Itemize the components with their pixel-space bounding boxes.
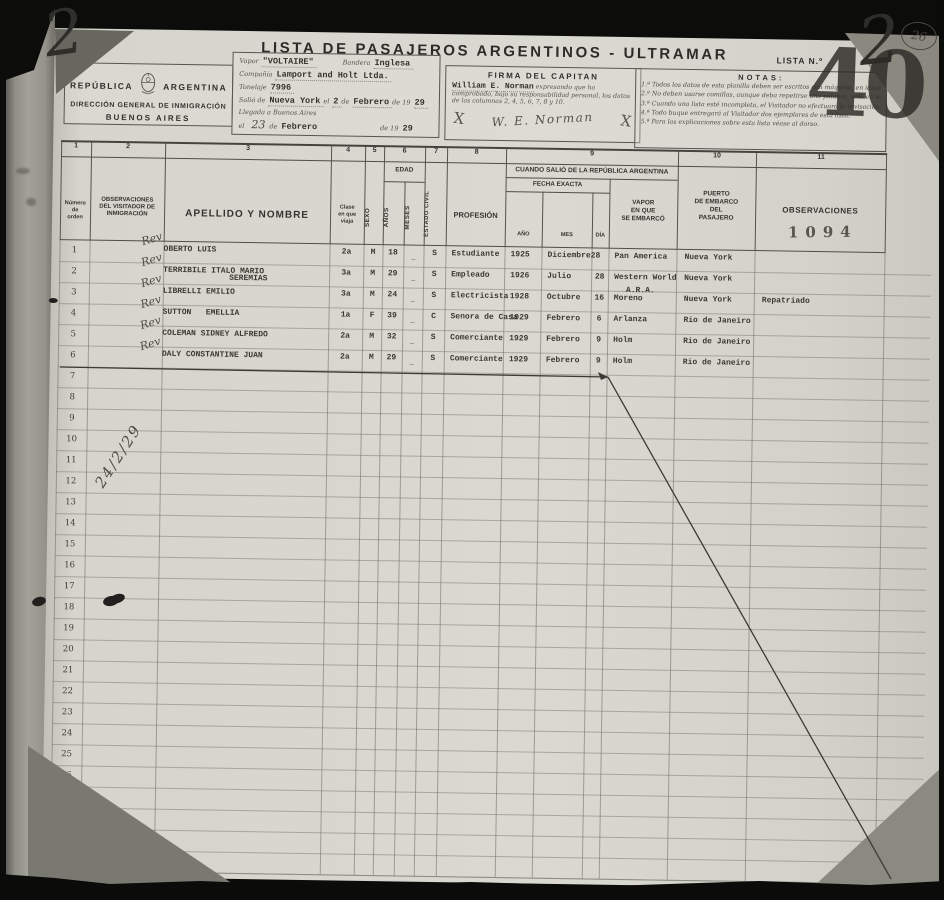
cell-estado: S [422,354,444,363]
ink-blot [49,298,58,303]
column-number: 5 [365,147,384,161]
header-meses: MESES [404,194,425,242]
cell-sexo: F [362,311,381,320]
cell-meses: _ [402,337,422,345]
cell-num: 29 [50,833,80,843]
cell-estado: C [422,312,444,321]
large-number-stamp: 40 [804,36,923,132]
vapor-value: "VOLTAIRE" [262,56,317,68]
column-number: 11 [756,153,886,169]
cell-num: 11 [56,455,86,465]
grid-line [505,191,609,194]
header-puerto-embarco: PUERTODE EMBARCODELPASAJERO [677,190,755,223]
header-apellido-nombre: APELLIDO Y NOMBRE [164,208,330,222]
scan-right-edge [939,0,944,900]
cell-puerto: Nueva York [676,274,754,284]
cell-estado: S [423,270,445,279]
cell-num: 5 [58,329,88,339]
cell-num: 8 [57,392,87,402]
cell-ano: 1929 [503,355,540,365]
llegada-de-label: de [269,122,277,130]
cell-ano: 1928 [504,292,541,302]
cell-num: 6 [58,350,88,360]
cell-num: 17 [54,581,84,591]
cell-mes: Diciembre28 [541,251,593,261]
llegada-label: Llegada a Buenos Aires [239,108,317,117]
document-page: LISTA DE PASAJEROS ARGENTINOS - ULTRAMAR… [42,28,944,890]
cell-ano: 1926 [504,271,541,281]
column-number: 4 [331,146,365,161]
cell-nombre: LIBRELLI EMILIO [163,287,329,299]
republica-label: REPÚBLICA [70,80,133,91]
llegada-day-handwritten: 23 [247,118,269,132]
page-smudge [16,168,30,174]
cell-puerto: Rio de Janeiro [675,358,753,368]
tonelaje-value: 7996 [270,82,295,93]
cell-ano: 1925 [504,250,541,260]
cell-anos: 32 [381,332,402,341]
header-mes: MES [542,232,592,240]
cell-sexo: M [363,248,382,257]
cell-num: 24 [52,728,82,738]
cell-meses: _ [403,274,423,282]
cell-dia: 28 [591,272,608,281]
header-observaciones: OBSERVACIONES [755,205,885,216]
cell-clase: 2a [329,247,363,257]
cell-mes: Julio [541,272,593,282]
bandera-label: Bandera [343,59,371,67]
header-profesion: PROFESIÓN [446,210,505,220]
cell-num: 12 [56,476,86,486]
page-title: LISTA DE PASAJEROS ARGENTINOS - ULTRAMAR [115,37,875,66]
column-number: 10 [678,152,756,167]
cell-dia: 9 [590,356,607,365]
header-estado-civil: ESTADO CIVIL [424,184,447,244]
column-number: 1 [61,142,91,156]
cell-meses: _ [402,316,422,324]
cell-puerto: Nueva York [676,295,754,305]
cell-puerto: Rio de Janeiro [675,316,753,326]
el-label: el [323,97,329,105]
cell-profesion: Comerciante [444,333,506,343]
llegada-year-value: 29 [401,123,415,133]
header-sexo: SEXO [364,193,384,241]
header-anos: AÑOS [383,193,405,241]
cell-clase: 1a [328,310,362,320]
captain-signature-box: FIRMA DEL CAPITAN William E. Norman expr… [444,65,641,143]
cell-vapor: Western World [608,273,680,283]
cell-num: 20 [53,644,83,654]
cell-vapor: Pan America [608,252,680,262]
cell-vapor: Holm [607,336,679,346]
column-number: 7 [425,148,447,162]
signature-x-right: X [620,111,633,130]
cell-dia: 6 [590,314,607,323]
cell-nombre: SUTTON EMELLIA [162,308,328,320]
cell-anos: 18 [382,248,403,257]
cell-sexo: M [362,332,381,341]
cell-ano: 1929 [503,313,540,323]
cell-profesion: Comerciante [444,354,506,364]
llegada-el-label: el [238,122,244,130]
cell-profesion: Estudiante [445,249,507,259]
cell-nombre: OBERTO LUIS [163,245,329,257]
header-cuando-salio: CUANDO SALIÓ DE LA REPÚBLICA ARGENTINA [506,166,678,176]
observaciones-number-stamp: 1094 [788,223,858,242]
table-body: 1RevOBERTO LUIS2aM18_SEstudiante1925Dici… [50,240,932,884]
cell-clase: 2a [328,352,362,362]
cell-vapor: Arlanza [607,315,679,325]
cell-clase: 3a [329,268,363,278]
header-fecha-exacta: FECHA EXACTA [506,180,610,190]
column-number: 3 [165,144,331,161]
cell-num: 13 [55,497,85,507]
cell-meses: _ [403,295,423,303]
header-vapor-embarco: VAPOREN QUESE EMBARCÓ [609,199,677,224]
cell-vapor: A.R.A.Moreno [608,294,680,304]
cell-num: 28 [51,812,81,822]
cell-dia: 9 [590,335,607,344]
salio-day-value: 2 [332,96,341,107]
direccion-general-label: DIRECCIÓN GENERAL DE INMIGRACIÓN [65,101,232,111]
cell-mes: Octubre [541,293,593,303]
cell-anos: 29 [382,269,403,278]
captain-statement: William E. Norman expresando que ha comp… [452,82,634,107]
cell-num: 15 [55,539,85,549]
header-numero-orden: Númerodeorden [60,200,90,221]
salio-year-value: 29 [413,98,427,109]
cell-ano: 1929 [503,334,540,344]
cell-anos: 24 [382,290,403,299]
cell-mes: Febrero [540,335,592,345]
cell-num: 27 [51,791,81,801]
cell-meses: _ [402,358,422,366]
cell-num: 18 [54,602,84,612]
cell-num: 10 [56,434,86,444]
de19-label: de 19 [392,98,410,106]
cell-num: 9 [57,413,87,423]
cell-num: 22 [53,686,83,696]
tonelaje-label: Tonelaje [239,83,267,91]
cell-num: 21 [53,665,83,675]
cell-mes: Febrero [540,314,592,324]
header-edad: EDAD [384,166,425,175]
salio-de-label: Salió de [239,96,266,104]
cell-nombre: DALY CONSTANTINE JUAN [162,350,328,362]
cell-profesion: Electricista [445,291,507,301]
cell-estado: S [423,249,445,258]
issuing-office-box: REPÚBLICA ARGENTINA DIRECCIÓN GENERAL DE… [63,62,233,127]
cell-puerto: Nueva York [676,253,754,263]
cell-num: 4 [58,308,88,318]
cell-num: 19 [53,623,83,633]
cell-sexo: M [363,269,382,278]
cell-num: 23 [52,707,82,717]
cell-obs: Repatriado [754,296,884,307]
cell-num: 7 [57,371,87,381]
cell-sexo: M [363,290,382,299]
cell-num: 25 [52,749,82,759]
cell-sexo: M [362,353,381,362]
cell-anos: 29 [381,353,402,362]
column-number: 2 [91,143,165,158]
argentina-label: ARGENTINA [163,81,227,92]
cell-dia: 16 [591,293,608,302]
cell-profesion: Senora de Casa [444,312,506,322]
header-dia: DÍA [592,232,609,239]
ship-info-box: Vapor "VOLTAIRE" Bandera Inglesa Compañí… [231,52,440,138]
cell-clase: 3a [329,289,363,299]
page-smudge [26,198,36,206]
cell-num: 3 [59,287,89,297]
cell-nombre: COLEMAN SIDNEY ALFREDO [162,329,328,341]
cell-mes: Febrero [540,356,592,366]
cell-num: 30 [50,854,80,864]
header-clase: Claseen queviaja [330,204,364,226]
column-number: 6 [384,147,425,162]
column-number: 8 [447,148,506,163]
scanned-passenger-list: LISTA DE PASAJEROS ARGENTINOS - ULTRAMAR… [0,0,944,900]
cell-num: 1 [59,245,89,255]
argentina-coat-of-arms-icon [138,71,158,100]
compania-label: Compañía [239,70,272,79]
de-label: de [341,98,349,106]
cell-num: 2 [59,266,89,276]
compania-value: Lamport and Holt Ltda. [275,69,391,82]
cell-puerto: Rio de Janeiro [675,337,753,347]
header-observaciones-visitador: OBSERVACIONESDEL VISITADOR DEINMIGRACIÓN [90,197,164,219]
cell-profesion: Empleado [445,270,507,280]
cell-vapor: Holm [607,357,679,367]
signature-x-left: X [452,108,465,127]
vapor-label: Vapor [239,57,258,65]
salio-port-value: Nueva York [268,95,323,107]
cell-nombre: TERRIBILE ITALO MARIOSEREMIAS [163,266,329,285]
cell-meses: _ [403,254,423,262]
cell-clase: 2a [328,331,362,341]
captain-signature-script: W. E. Norman [491,109,594,128]
llegada-month-value: Febrero [280,122,320,134]
cell-anos: 39 [381,311,402,320]
cell-num: 26 [51,770,81,780]
header-ano: AÑO [505,231,542,239]
grid-line [592,192,594,248]
cell-num: 14 [55,518,85,528]
bandera-value: Inglesa [373,58,413,70]
salio-month-value: Febrero [352,97,392,109]
llegada-de19-label: de 19 [380,124,398,132]
firma-del-capitan-heading: FIRMA DEL CAPITAN [452,70,634,82]
cell-num: 16 [54,560,84,570]
cell-estado: S [422,333,444,342]
column-number: 9 [506,149,678,166]
buenos-aires-label: BUENOS AIRES [65,112,232,124]
cell-estado: S [423,291,445,300]
grid-line [542,192,544,248]
